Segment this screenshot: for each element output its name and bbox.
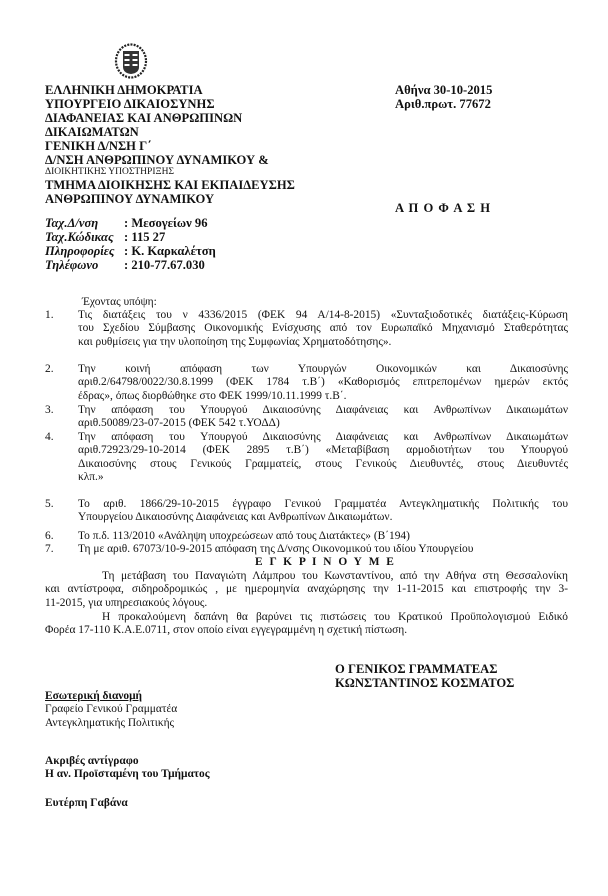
text-line: Τη με αριθ. 67073/10-9-2015 απόφαση της … (78, 543, 568, 556)
list-item-number: 5. (45, 498, 54, 511)
signature-block: Ο ΓΕΝΙΚΟΣ ΓΡΑΜΜΑΤΕΑΣ ΚΩΝΣΤΑΝΤΙΝΟΣ ΚΟΣΜΑΤ… (335, 662, 514, 690)
text-line: Δικαιοσύνης στους Γενικούς Γραμματείς, σ… (78, 458, 568, 471)
list-item-number: 7. (45, 543, 54, 556)
department-line: ΤΜΗΜΑ ΔΙΟΙΚΗΣΗΣ ΚΑΙ ΕΚΠΑΙΔΕΥΣΗΣ (45, 178, 295, 192)
issuer-line: ΓΕΝΙΚΗ Δ/ΝΣΗ Γ΄ (45, 139, 295, 153)
issuer-subline: ΔΙΟΙΚΗΤΙΚΗΣ ΥΠΟΣΤΗΡΙΞΗΣ (45, 167, 295, 178)
considering-intro: Έχοντας υπόψη: (82, 296, 157, 309)
distribution-line: Γραφείο Γενικού Γραμματέα (45, 703, 177, 716)
list-item-number: 1. (45, 309, 54, 322)
certification-line: Ακριβές αντίγραφο (45, 755, 210, 768)
text-line: Υπουργείου Δικαιοσύνης Διαφάνειας και Αν… (78, 511, 568, 524)
issuer-line: ΔΙΑΦΑΝΕΙΑΣ ΚΑΙ ΑΝΘΡΩΠΙΝΩΝ (45, 111, 295, 125)
place-date: Αθήνα 30-10-2015 (395, 83, 492, 97)
department-line: ΑΝΘΡΩΠΙΝΟΥ ΔΥΝΑΜΙΚΟΥ (45, 192, 295, 206)
contact-row: Τηλέφωνο: 210-77.67.030 (45, 258, 216, 272)
text-line: Την κοινή απόφαση των Υπουργών Οικονομικ… (78, 363, 568, 376)
list-item: Την απόφαση του Υπουργού Δικαιοσύνης Δια… (78, 404, 568, 431)
issuer-line: Δ/ΝΣΗ ΑΝΘΡΩΠΙΝΟΥ ΔΥΝΑΜΙΚΟΥ & (45, 153, 295, 167)
contact-value: : 115 27 (124, 230, 165, 244)
text-line: έδρας», όπως διορθώθηκε στο ΦΕΚ 1999/10.… (78, 390, 568, 403)
text-line: Τις διατάξεις του ν 4336/2015 (ΦΕΚ 94 Α/… (78, 309, 568, 322)
contact-value: : 210-77.67.030 (124, 258, 205, 272)
list-item: Την απόφαση του Υπουργού Δικαιοσύνης Δια… (78, 431, 568, 485)
contact-value: : Κ. Καρκαλέτση (124, 244, 216, 258)
distribution-line: Αντεγκληματικής Πολιτικής (45, 717, 177, 730)
list-item: Τη με αριθ. 67073/10-9-2015 απόφαση της … (78, 543, 568, 556)
text-line: κλπ.» (78, 471, 568, 484)
list-item-number: 6. (45, 530, 54, 543)
issuer-line: ΕΛΛΗΝΙΚΗ ΔΗΜΟΚΡΑΤΙΑ (45, 83, 295, 97)
document-type: Α Π Ο Φ Α Σ Η (395, 201, 491, 215)
text-line: Φορέα 17-110 Κ.Α.Ε.0711, στον οποίο είνα… (45, 624, 568, 637)
issuer-line: ΥΠΟΥΡΓΕΙΟ ΔΙΚΑΙΟΣΥΝΗΣ (45, 97, 295, 111)
list-item: Το π.δ. 113/2010 «Ανάληψη υποχρεώσεων απ… (78, 530, 568, 543)
contact-label: Πληροφορίες (45, 244, 124, 258)
text-line: 11-2015, για υπηρεσιακούς λόγους. (45, 597, 568, 610)
contact-label: Ταχ.Κώδικας (45, 230, 124, 244)
contact-label: Ταχ.Δ/νση (45, 216, 124, 230)
text-line: Την απόφαση του Υπουργού Δικαιοσύνης Δια… (78, 404, 568, 417)
list-item-number: 3. (45, 404, 54, 417)
text-line: αριθ.2/64798/0022/30.8.1999 (ΦΕΚ 1784 τ.… (78, 376, 568, 389)
text-line: αριθ.50089/23-07-2015 (ΦΕΚ 542 τ.ΥΟΔΔ) (78, 417, 568, 430)
greek-coat-of-arms-icon (114, 43, 148, 79)
signatory-title: Ο ΓΕΝΙΚΟΣ ΓΡΑΜΜΑΤΕΑΣ (335, 662, 514, 676)
distribution-heading: Εσωτερική διανομή (45, 690, 177, 703)
certification-line: Η αν. Προϊσταμένη του Τμήματος (45, 768, 210, 781)
contact-row: Ταχ.Δ/νση: Μεσογείων 96 (45, 216, 216, 230)
text-line: του Σχεδίου Σύμβασης Οικονομικής Ενίσχυσ… (78, 322, 568, 335)
list-item-number: 4. (45, 431, 54, 444)
contact-label: Τηλέφωνο (45, 258, 124, 272)
text-line: Η προκαλούμενη δαπάνη θα βαρύνει τις πισ… (45, 611, 568, 624)
list-item: Το αριθ. 1866/29-10-2015 έγγραφο Γενικού… (78, 498, 568, 525)
text-line: Το π.δ. 113/2010 «Ανάληψη υποχρεώσεων απ… (78, 530, 568, 543)
text-line: Τη μετάβαση του Παναγιώτη Λάμπρου του Κω… (45, 570, 568, 583)
distribution-block: Εσωτερική διανομή Γραφείο Γενικού Γραμμα… (45, 690, 177, 730)
list-item: Την κοινή απόφαση των Υπουργών Οικονομικ… (78, 363, 568, 403)
certifier-name: Ευτέρπη Γαβάνα (45, 797, 128, 810)
text-line: Την απόφαση του Υπουργού Δικαιοσύνης Δια… (78, 431, 568, 444)
issuer-block: ΕΛΛΗΝΙΚΗ ΔΗΜΟΚΡΑΤΙΑ ΥΠΟΥΡΓΕΙΟ ΔΙΚΑΙΟΣΥΝΗ… (45, 83, 295, 206)
list-item-number: 2. (45, 363, 54, 376)
certification-block: Ακριβές αντίγραφο Η αν. Προϊσταμένη του … (45, 755, 210, 782)
decision-paragraph-2: Η προκαλούμενη δαπάνη θα βαρύνει τις πισ… (45, 611, 568, 638)
contact-row: Ταχ.Κώδικας: 115 27 (45, 230, 216, 244)
text-line: και ρυθμίσεις για την υλοποίηση της Συμφ… (78, 336, 568, 349)
list-item: Τις διατάξεις του ν 4336/2015 (ΦΕΚ 94 Α/… (78, 309, 568, 349)
text-line: και αντίστροφα, σιδηροδρομικώς , με ημερ… (45, 583, 568, 596)
contact-block: Ταχ.Δ/νση: Μεσογείων 96 Ταχ.Κώδικας: 115… (45, 216, 216, 272)
decision-heading: Ε Γ Κ Ρ Ι Ν Ο Υ Μ Ε (255, 556, 396, 569)
signatory-name: ΚΩΝΣΤΑΝΤΙΝΟΣ ΚΟΣΜΑΤΟΣ (335, 676, 514, 690)
contact-row: Πληροφορίες: Κ. Καρκαλέτση (45, 244, 216, 258)
date-block: Αθήνα 30-10-2015 Αριθ.πρωτ. 77672 (395, 83, 492, 111)
decision-paragraph-1: Τη μετάβαση του Παναγιώτη Λάμπρου του Κω… (45, 570, 568, 610)
contact-value: : Μεσογείων 96 (124, 216, 208, 230)
issuer-line: ΔΙΚΑΙΩΜΑΤΩΝ (45, 125, 295, 139)
text-line: αριθ.72923/29-10-2014 (ΦΕΚ 2895 τ.Β΄) «Μ… (78, 444, 568, 457)
protocol-number: Αριθ.πρωτ. 77672 (395, 97, 492, 111)
text-line: Το αριθ. 1866/29-10-2015 έγγραφο Γενικού… (78, 498, 568, 511)
